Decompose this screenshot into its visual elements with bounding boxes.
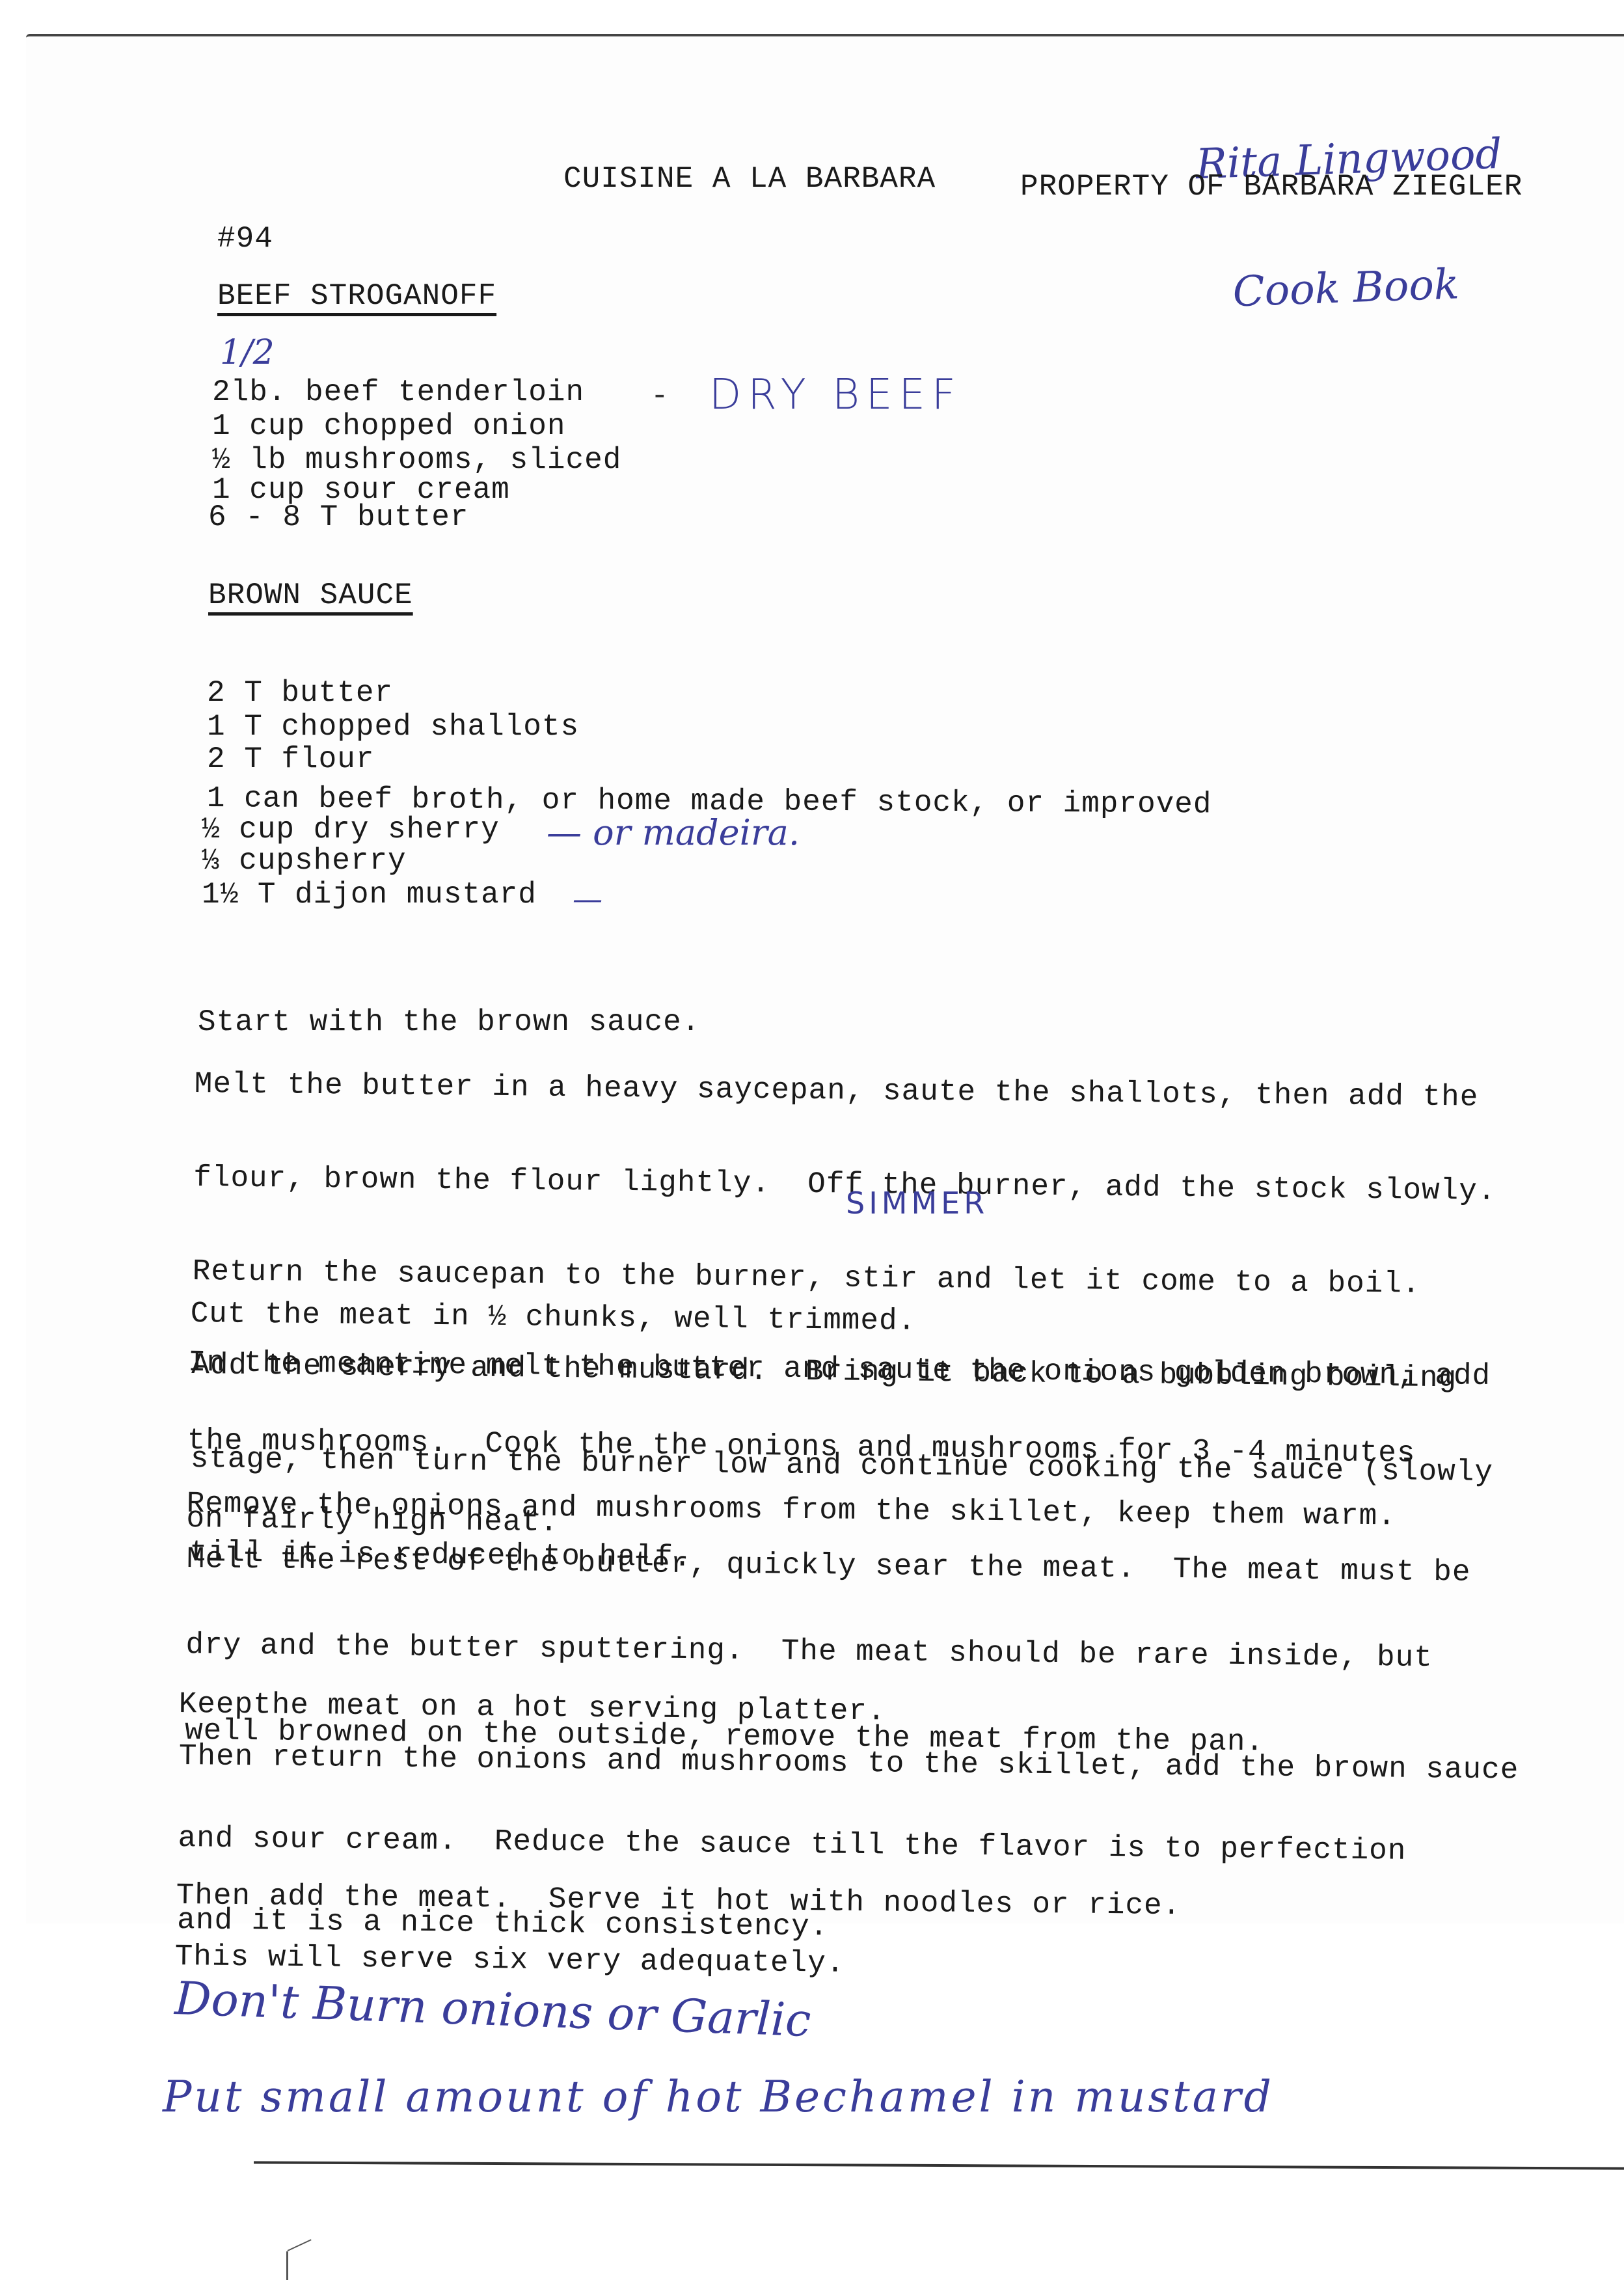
madeira-note: — or madeira. — [547, 812, 800, 853]
dry-beef-note: DRY BEEF — [709, 371, 962, 419]
owner-cookbook: Cook Book — [1200, 262, 1508, 315]
recipe-title: BEEF STROGANOFF — [217, 280, 496, 312]
simmer-note: SIMMER — [846, 1186, 988, 1221]
mustard-dash-note: — — [573, 881, 602, 916]
page-corner-mark — [288, 2239, 312, 2251]
ingredient-item: 1½ T dijon mustard — [202, 878, 537, 911]
ingredient-item: ⅓ cupsherry — [202, 845, 407, 877]
page-corner-mark — [286, 2251, 288, 2280]
recipe-number: #94 — [217, 223, 273, 255]
ingredient-item: 6 - 8 T butter — [208, 505, 468, 530]
ingredient-item: 1 T chopped shallots — [207, 711, 579, 743]
ingredient-item: 1 cup sour cream — [212, 478, 510, 502]
half-annotation: 1/2 — [220, 333, 275, 372]
ingredient-item: ½ lb mushrooms, sliced — [212, 444, 621, 476]
ingredient-item: 2 T butter — [207, 677, 393, 709]
ownership-label: PROPERTY OF BARBARA ZIEGLER — [1020, 170, 1522, 203]
ingredient-item: ½ cup dry sherry — [202, 813, 500, 846]
cookbook-title: CUISINE A LA BARBARA — [563, 163, 936, 195]
handwritten-note-bechamel: Put small amount of hot Bechamel in must… — [163, 2072, 1274, 2122]
ingredient-item: 2 T flour — [207, 743, 374, 776]
ingredient-item: 1 cup chopped onion — [212, 410, 566, 442]
brown-sauce-title: BROWN SAUCE — [208, 579, 413, 612]
dash-mark: - — [651, 380, 670, 413]
ingredient-item: 2lb. beef tenderloin — [212, 376, 584, 409]
page-edge-line — [254, 2161, 1624, 2169]
